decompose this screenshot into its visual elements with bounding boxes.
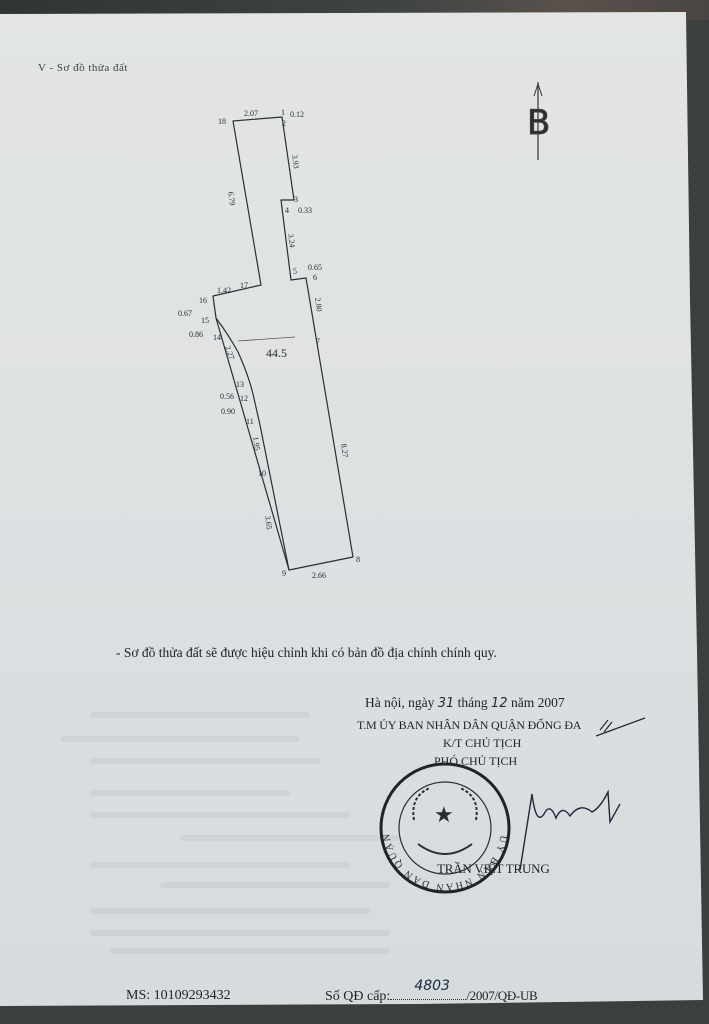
vertex-label: 18 xyxy=(218,117,226,126)
show-through-text xyxy=(90,862,350,868)
land-plot-diagram: B 123456789101112131415161718 2.070.123.… xyxy=(0,0,709,640)
edge-length-label: 2.66 xyxy=(312,571,326,580)
star-icon: ★ xyxy=(434,803,454,828)
north-arrow-icon: B xyxy=(527,82,550,160)
vertex-label: 2 xyxy=(282,119,286,128)
show-through-text xyxy=(90,930,390,936)
vertex-label: 14 xyxy=(213,333,221,342)
vertex-label: 16 xyxy=(199,296,207,305)
ms-label: MS: xyxy=(126,988,150,1003)
vertex-label: 1 xyxy=(281,108,285,117)
plot-revision-note: - Sơ đồ thửa đất sẽ được hiệu chỉnh khi … xyxy=(116,645,497,661)
area-leader-line xyxy=(238,337,295,341)
show-through-text xyxy=(90,908,370,914)
official-stamp: ỦY BAN NHÂN DÂN QUẬN ĐỐNG ĐA ★ xyxy=(370,760,520,910)
edge-length-label: 2.80 xyxy=(313,297,324,312)
show-through-text xyxy=(90,812,350,818)
vertex-label: 10 xyxy=(258,469,266,478)
show-through-text xyxy=(110,948,390,954)
plot-area-label: 44.5 xyxy=(266,346,287,360)
edge-length-label: 6.79 xyxy=(226,191,237,206)
edge-length-label: 0.86 xyxy=(189,330,203,339)
show-through-text xyxy=(180,835,400,841)
edge-length-label: 0.12 xyxy=(290,110,304,119)
edge-length-label: 2.27 xyxy=(223,345,236,361)
vertex-label: 8 xyxy=(356,555,360,564)
vertex-label: 7 xyxy=(316,337,320,346)
vertex-label: 4 xyxy=(285,206,289,215)
vertex-label: 17 xyxy=(240,281,248,290)
edge-length-label: 3.24 xyxy=(286,233,297,248)
show-through-text xyxy=(90,712,310,718)
edge-length-label: 8.27 xyxy=(339,443,350,458)
signer-name: TRẦN VIỆT TRUNG xyxy=(437,861,550,877)
vertex-label: 15 xyxy=(201,316,209,325)
ms-value: 10109293432 xyxy=(154,988,231,1003)
edge-length-label: 3.93 xyxy=(290,154,301,169)
show-through-text xyxy=(160,882,390,888)
edge-length-label: 0.33 xyxy=(298,206,312,215)
vertex-label: 3 xyxy=(294,195,298,204)
vertex-label: 9 xyxy=(282,569,286,578)
edge-length-label: 0.67 xyxy=(178,309,192,318)
show-through-text xyxy=(90,758,320,764)
edge-length-label: 0.65 xyxy=(308,263,322,272)
qd-label: Số QĐ cấp: xyxy=(325,989,390,1004)
edge-length-label: 2.07 xyxy=(244,109,258,118)
edge-length-labels: 2.070.123.930.333.240.652.808.272.663.65… xyxy=(178,109,350,580)
edge-length-label: 0.56 xyxy=(220,392,234,401)
vertex-label: 6 xyxy=(313,273,317,282)
plot-boundary xyxy=(213,117,353,570)
qd-number-field: 4803 xyxy=(390,985,466,1000)
edge-length-label: 1.42 xyxy=(217,286,231,295)
qd-suffix: /2007/QĐ-UB xyxy=(466,988,537,1003)
show-through-text xyxy=(90,790,290,796)
north-arrow-label: B xyxy=(527,103,550,143)
decision-number: Số QĐ cấp:4803/2007/QĐ-UB xyxy=(325,985,537,1005)
date-month-label: tháng xyxy=(458,695,488,710)
edge-length-label: 3.65 xyxy=(263,515,274,530)
vertex-label: 5 xyxy=(293,267,297,276)
qd-number: 4803 xyxy=(414,978,450,994)
signature xyxy=(500,700,660,880)
vertex-label: 13 xyxy=(236,380,244,389)
edge-length-label: 1.95 xyxy=(251,436,262,451)
date-day: 31 xyxy=(438,696,455,711)
document-code: MS: 10109293432 xyxy=(126,988,231,1004)
vertex-label: 11 xyxy=(246,417,254,426)
show-through-text xyxy=(60,736,300,742)
vertex-label: 12 xyxy=(240,394,248,403)
date-prefix: Hà nội, ngày xyxy=(365,695,434,710)
edge-length-label: 0.90 xyxy=(221,407,235,416)
